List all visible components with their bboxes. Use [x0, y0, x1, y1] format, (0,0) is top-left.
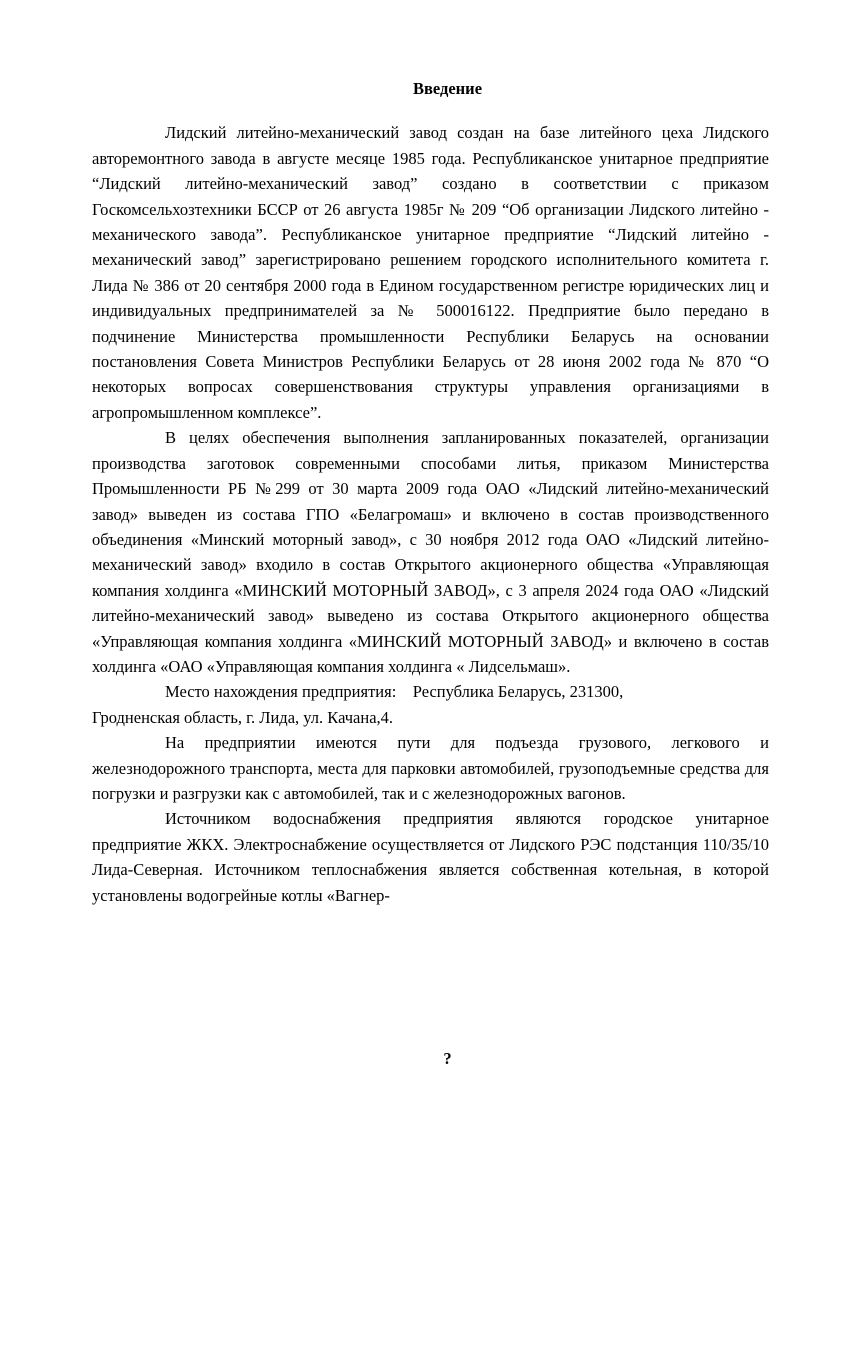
section-heading: Введение — [92, 76, 769, 101]
paragraph-plant-history: Лидский литейно-механический завод созда… — [92, 120, 769, 425]
page-break-question-mark: ? — [92, 1046, 769, 1071]
paragraph-transport-access: На предприятии имеются пути для подъезда… — [92, 730, 769, 806]
paragraph-reorganization: В целях обеспечения выполнения запланиро… — [92, 425, 769, 679]
paragraph-company-address: Место нахождения предприятия: Республика… — [92, 679, 769, 730]
document-content: Введение Лидский литейно-механический за… — [92, 76, 769, 908]
paragraph-utilities-supply: Источником водоснабжения предприятия явл… — [92, 806, 769, 908]
document-page: Введение Лидский литейно-механический за… — [0, 0, 844, 1361]
